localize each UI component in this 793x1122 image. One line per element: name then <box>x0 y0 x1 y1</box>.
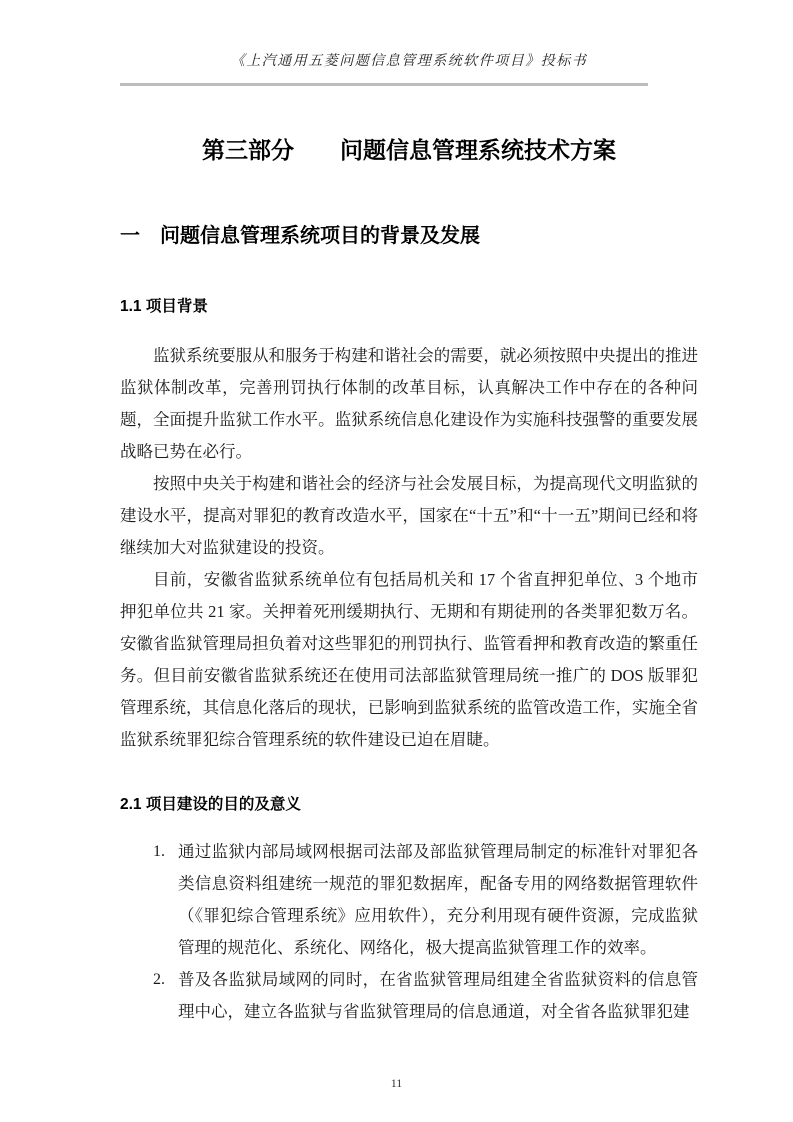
list-item: 2. 普及各监狱局域网的同时，在省监狱管理局组建全省监狱资料的信息管理中心，建立… <box>120 964 698 1028</box>
document-page: 《上汽通用五菱问题信息管理系统软件项目》投标书 第三部分 问题信息管理系统技术方… <box>0 0 793 1122</box>
list-item-number: 2. <box>153 964 165 996</box>
list-item-text: 普及各监狱局域网的同时，在省监狱管理局组建全省监狱资料的信息管理中心，建立各监狱… <box>178 964 698 1028</box>
list-item-text: 通过监狱内部局域网根据司法部及部监狱管理局制定的标准针对罪犯各类信息资料组建统一… <box>178 836 698 964</box>
page-number: 11 <box>0 1076 793 1090</box>
body-paragraph: 监狱系统要服从和服务于构建和谐社会的需要，就必须按照中央提出的推进监狱体制改革，… <box>120 340 698 468</box>
document-title: 第三部分 问题信息管理系统技术方案 <box>120 134 698 166</box>
body-paragraph: 按照中央关于构建和谐社会的经济与社会发展目标，为提高现代文明监狱的建设水平，提高… <box>120 468 698 564</box>
list-item-number: 1. <box>153 836 165 868</box>
section-heading: 一 问题信息管理系统项目的背景及发展 <box>120 222 698 250</box>
subsection-heading-2-1: 2.1 项目建设的目的及意义 <box>120 794 698 816</box>
list-item: 1. 通过监狱内部局域网根据司法部及部监狱管理局制定的标准针对罪犯各类信息资料组… <box>120 836 698 964</box>
numbered-list: 1. 通过监狱内部局域网根据司法部及部监狱管理局制定的标准针对罪犯各类信息资料组… <box>120 836 698 1028</box>
page-header-title: 《上汽通用五菱问题信息管理系统软件项目》投标书 <box>120 52 698 72</box>
header-divider <box>120 83 648 86</box>
subsection-heading-1-1: 1.1 项目背景 <box>120 296 698 318</box>
body-paragraph: 目前，安徽省监狱系统单位有包括局机关和 17 个省直押犯单位、3 个地市押犯单位… <box>120 564 698 756</box>
